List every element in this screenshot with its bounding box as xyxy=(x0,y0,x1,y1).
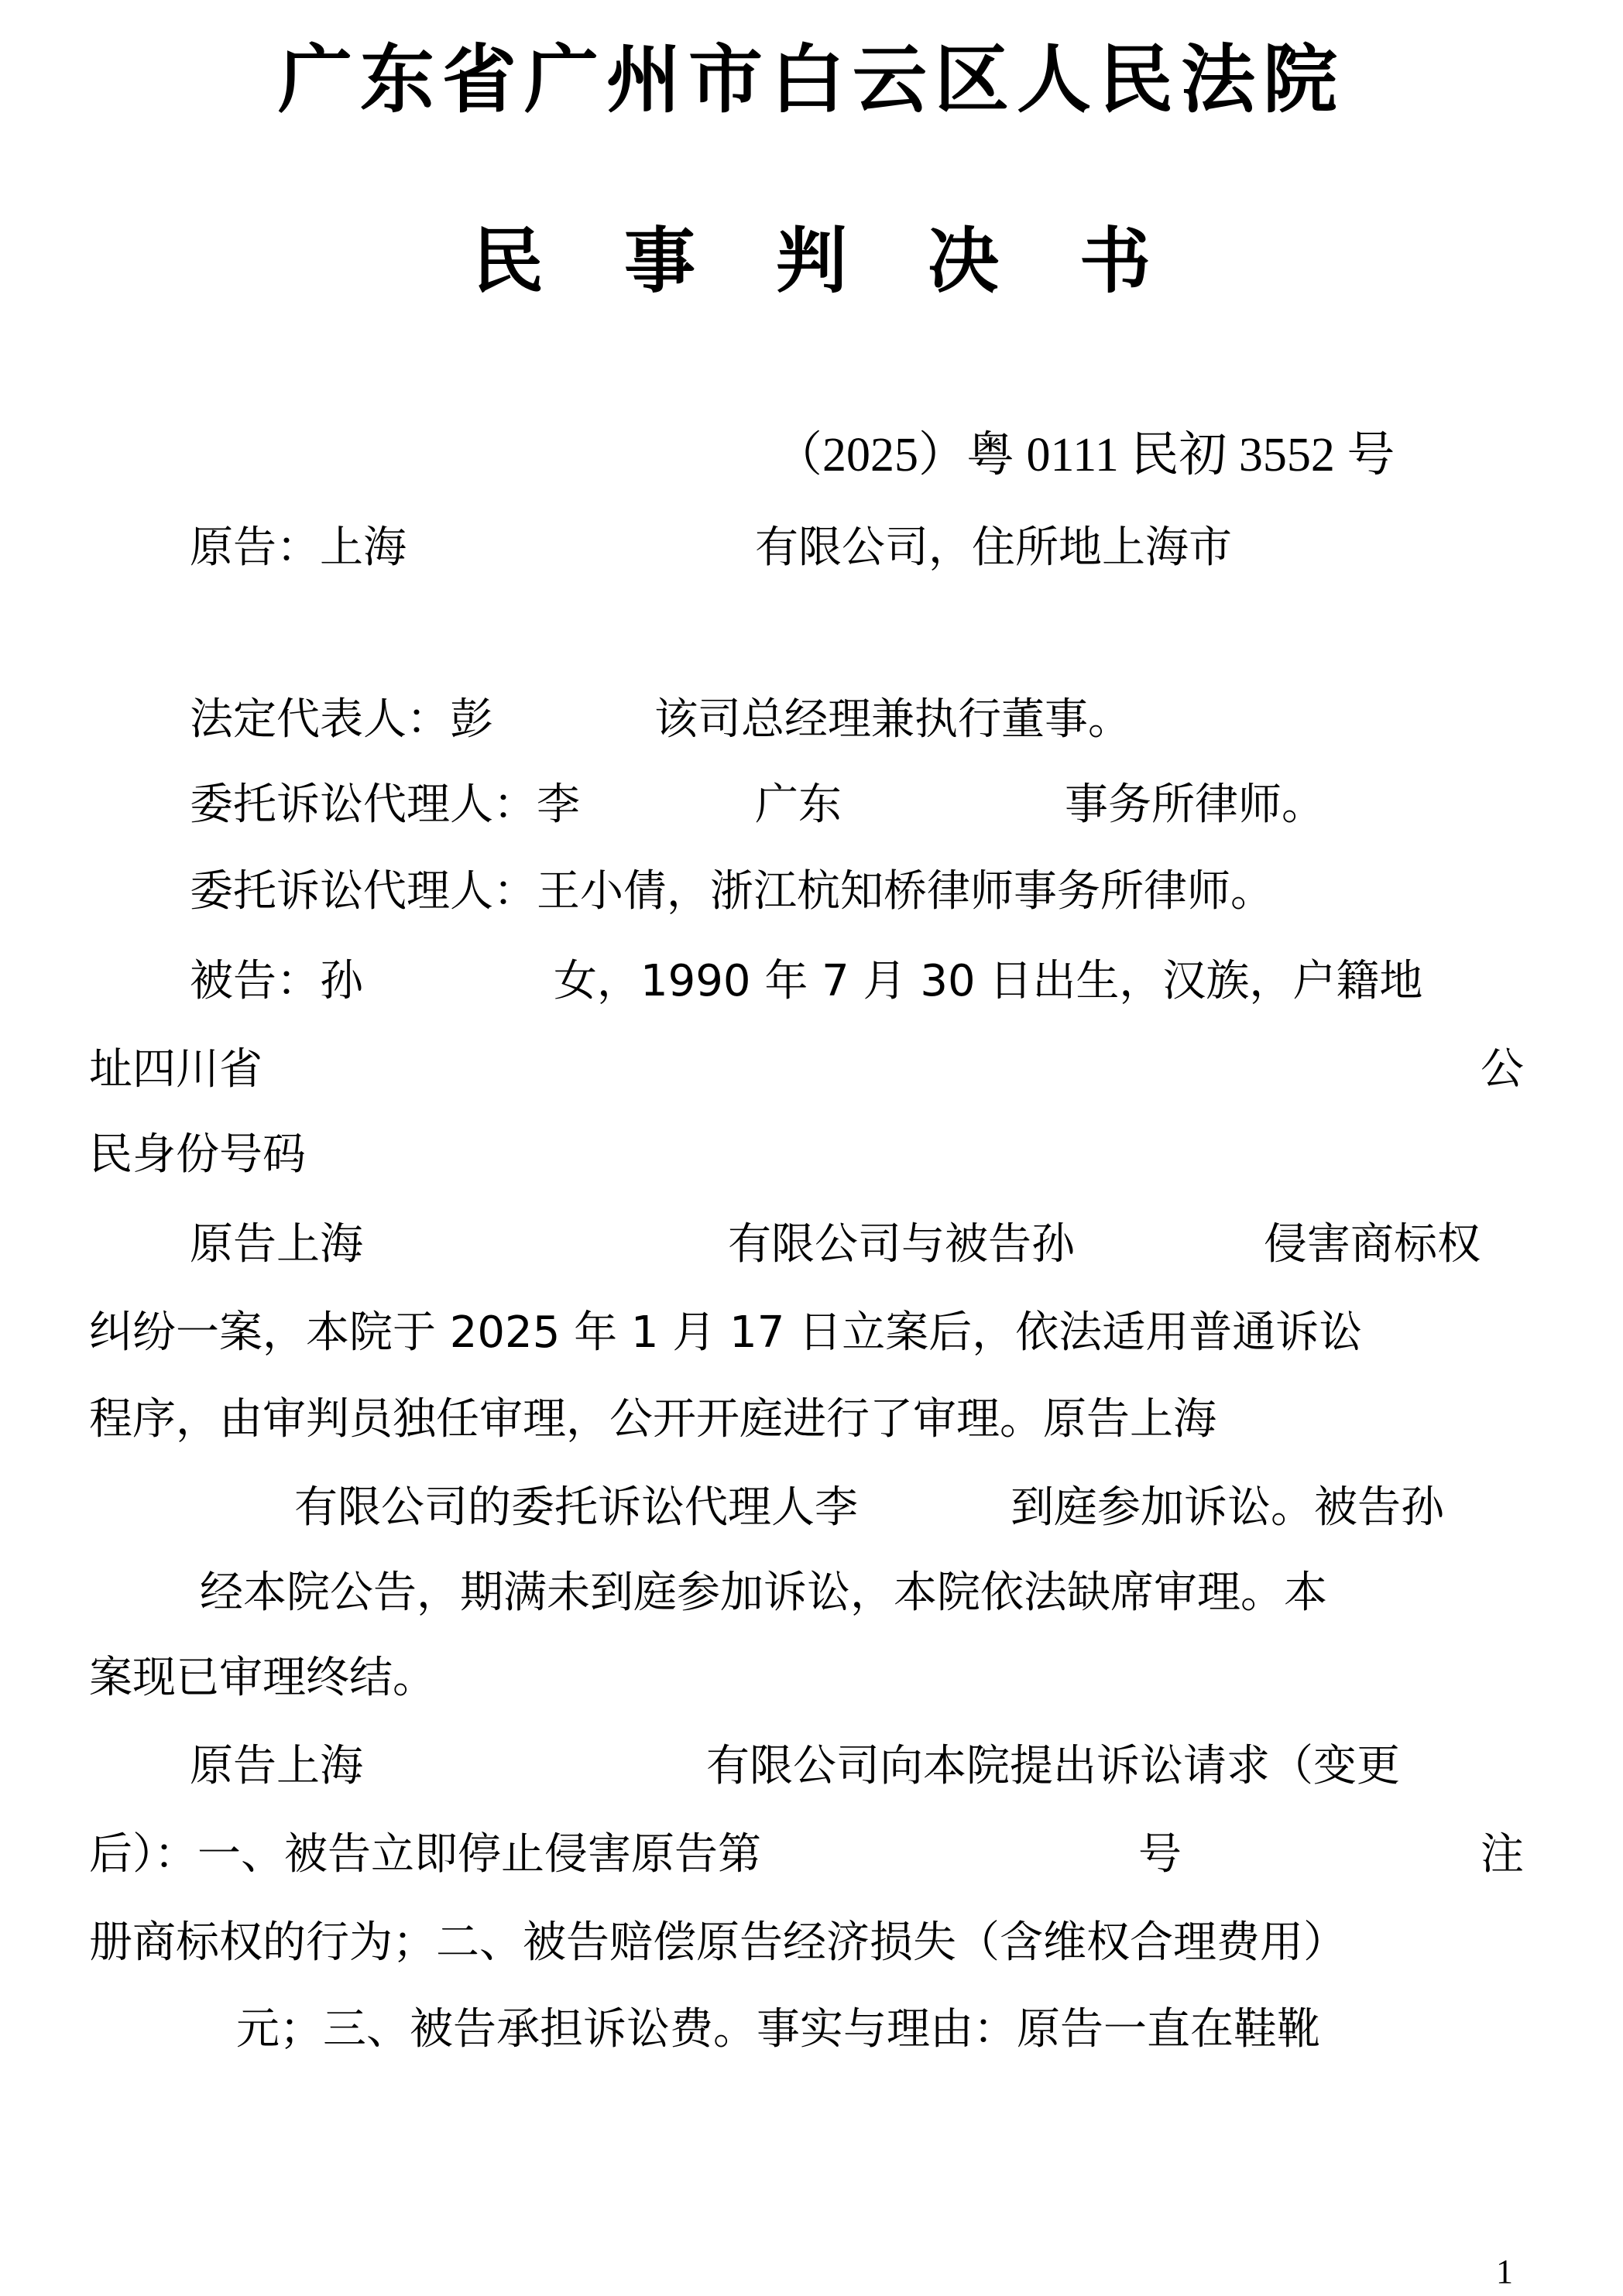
plaintiff-address: 有限公司，住所地上海市 xyxy=(755,517,1232,579)
p1-default-trial: 经本院公告，期满未到庭参加诉讼，本院依法缺席审理。本 xyxy=(200,1562,1327,1624)
legal-rep-title: 该司总经理兼执行董事。 xyxy=(654,689,1131,751)
legal-rep-label: 法定代表人：彭 xyxy=(190,689,493,751)
judgment-page: 广东省广州市白云区人民法院 民事判决书 （2025）粤 0111 民初 3552… xyxy=(0,0,1623,2296)
p1-defendant-absence: 到庭参加诉讼。被告孙 xyxy=(1011,1477,1444,1539)
p2-claim1-number: 号 xyxy=(1138,1824,1182,1886)
p2-plaintiff: 原告上海 xyxy=(190,1736,363,1797)
defendant-address-end: 公 xyxy=(1481,1039,1524,1101)
court-name-heading: 广东省广州市白云区人民法院 xyxy=(0,37,1623,122)
agent1-firm-end: 事务所律师。 xyxy=(1065,774,1325,836)
paragraph1-line5: 经本院公告，期满未到庭参加诉讼，本院依法缺席审理。本 xyxy=(0,1562,1623,1624)
defendant-id-label: 民身份号码 xyxy=(89,1124,306,1186)
paragraph2-line2: 后）：一、被告立即停止侵害原告第 号 注 xyxy=(0,1824,1623,1886)
paragraph2-line4: 元；三、被告承担诉讼费。事实与理由：原告一直在鞋靴 xyxy=(0,1999,1623,2061)
p1-agent-attendance: 有限公司的委托诉讼代理人李 xyxy=(294,1477,858,1539)
p1-concluded: 案现已审理终结。 xyxy=(89,1647,436,1709)
p2-claim1: 后）：一、被告立即停止侵害原告第 xyxy=(89,1824,761,1886)
paragraph2-line1: 原告上海 有限公司向本院提出诉讼请求（变更 xyxy=(0,1736,1623,1797)
doc-type-char: 事 xyxy=(624,218,695,303)
page-number: 1 xyxy=(1496,2253,1513,2291)
p1-plaintiff: 原告上海 xyxy=(190,1214,363,1276)
doc-type-char: 判 xyxy=(776,218,847,303)
agent1-line: 委托诉讼代理人：李 广东 事务所律师。 xyxy=(0,774,1623,836)
paragraph1-line3: 程序，由审判员独任审理，公开开庭进行了审理。原告上海 xyxy=(0,1389,1623,1451)
document-type-heading: 民事判决书 xyxy=(0,218,1623,303)
paragraph1-line6: 案现已审理终结。 xyxy=(0,1647,1623,1709)
paragraph1-line1: 原告上海 有限公司与被告孙 侵害商标权 xyxy=(0,1214,1623,1276)
p1-filing: 纠纷一案，本院于 2025 年 1 月 17 日立案后，依法适用普通诉讼 xyxy=(89,1302,1362,1364)
p2-claim2: 册商标权的行为；二、被告赔偿原告经济损失（含维权合理费用） xyxy=(89,1912,1347,1974)
paragraph2-line3: 册商标权的行为；二、被告赔偿原告经济损失（含维权合理费用） xyxy=(0,1912,1623,1974)
plaintiff-label: 原告：上海 xyxy=(190,517,407,579)
defendant-address-start: 址四川省 xyxy=(89,1039,262,1101)
defendant-address-line: 址四川省 公 xyxy=(0,1039,1623,1101)
doc-type-char: 决 xyxy=(928,218,999,303)
p1-procedure: 程序，由审判员独任审理，公开开庭进行了审理。原告上海 xyxy=(89,1389,1216,1451)
paragraph1-line4: 有限公司的委托诉讼代理人李 到庭参加诉讼。被告孙 xyxy=(0,1477,1623,1539)
defendant-id-line: 民身份号码 xyxy=(0,1124,1623,1186)
legal-rep-line: 法定代表人：彭 该司总经理兼执行董事。 xyxy=(0,689,1623,751)
agent1-label: 委托诉讼代理人：李 xyxy=(190,774,580,836)
agent2-line: 委托诉讼代理人：王小倩，浙江杭知桥律师事务所律师。 xyxy=(0,861,1623,923)
p1-defendant: 有限公司与被告孙 xyxy=(728,1214,1075,1276)
paragraph1-line2: 纠纷一案，本院于 2025 年 1 月 17 日立案后，依法适用普通诉讼 xyxy=(0,1302,1623,1364)
p2-claims-intro: 有限公司向本院提出诉讼请求（变更 xyxy=(706,1736,1400,1797)
defendant-label: 被告：孙 xyxy=(190,951,363,1013)
p1-dispute-type: 侵害商标权 xyxy=(1264,1214,1481,1276)
agent2-text: 委托诉讼代理人：王小倩，浙江杭知桥律师事务所律师。 xyxy=(190,861,1274,923)
defendant-line: 被告：孙 女，1990 年 7 月 30 日出生，汉族，户籍地 xyxy=(0,951,1623,1013)
case-number: （2025）粤 0111 民初 3552 号 xyxy=(774,424,1395,486)
p2-claim3: 元；三、被告承担诉讼费。事实与理由：原告一直在鞋靴 xyxy=(236,1999,1320,2061)
defendant-details: 女，1990 年 7 月 30 日出生，汉族，户籍地 xyxy=(554,951,1422,1013)
p2-claim1-end: 注 xyxy=(1481,1824,1524,1886)
doc-type-char: 书 xyxy=(1079,218,1151,303)
plaintiff-line: 原告：上海 有限公司，住所地上海市 xyxy=(0,517,1623,579)
doc-type-char: 民 xyxy=(472,218,544,303)
agent1-firm-start: 广东 xyxy=(755,774,842,836)
